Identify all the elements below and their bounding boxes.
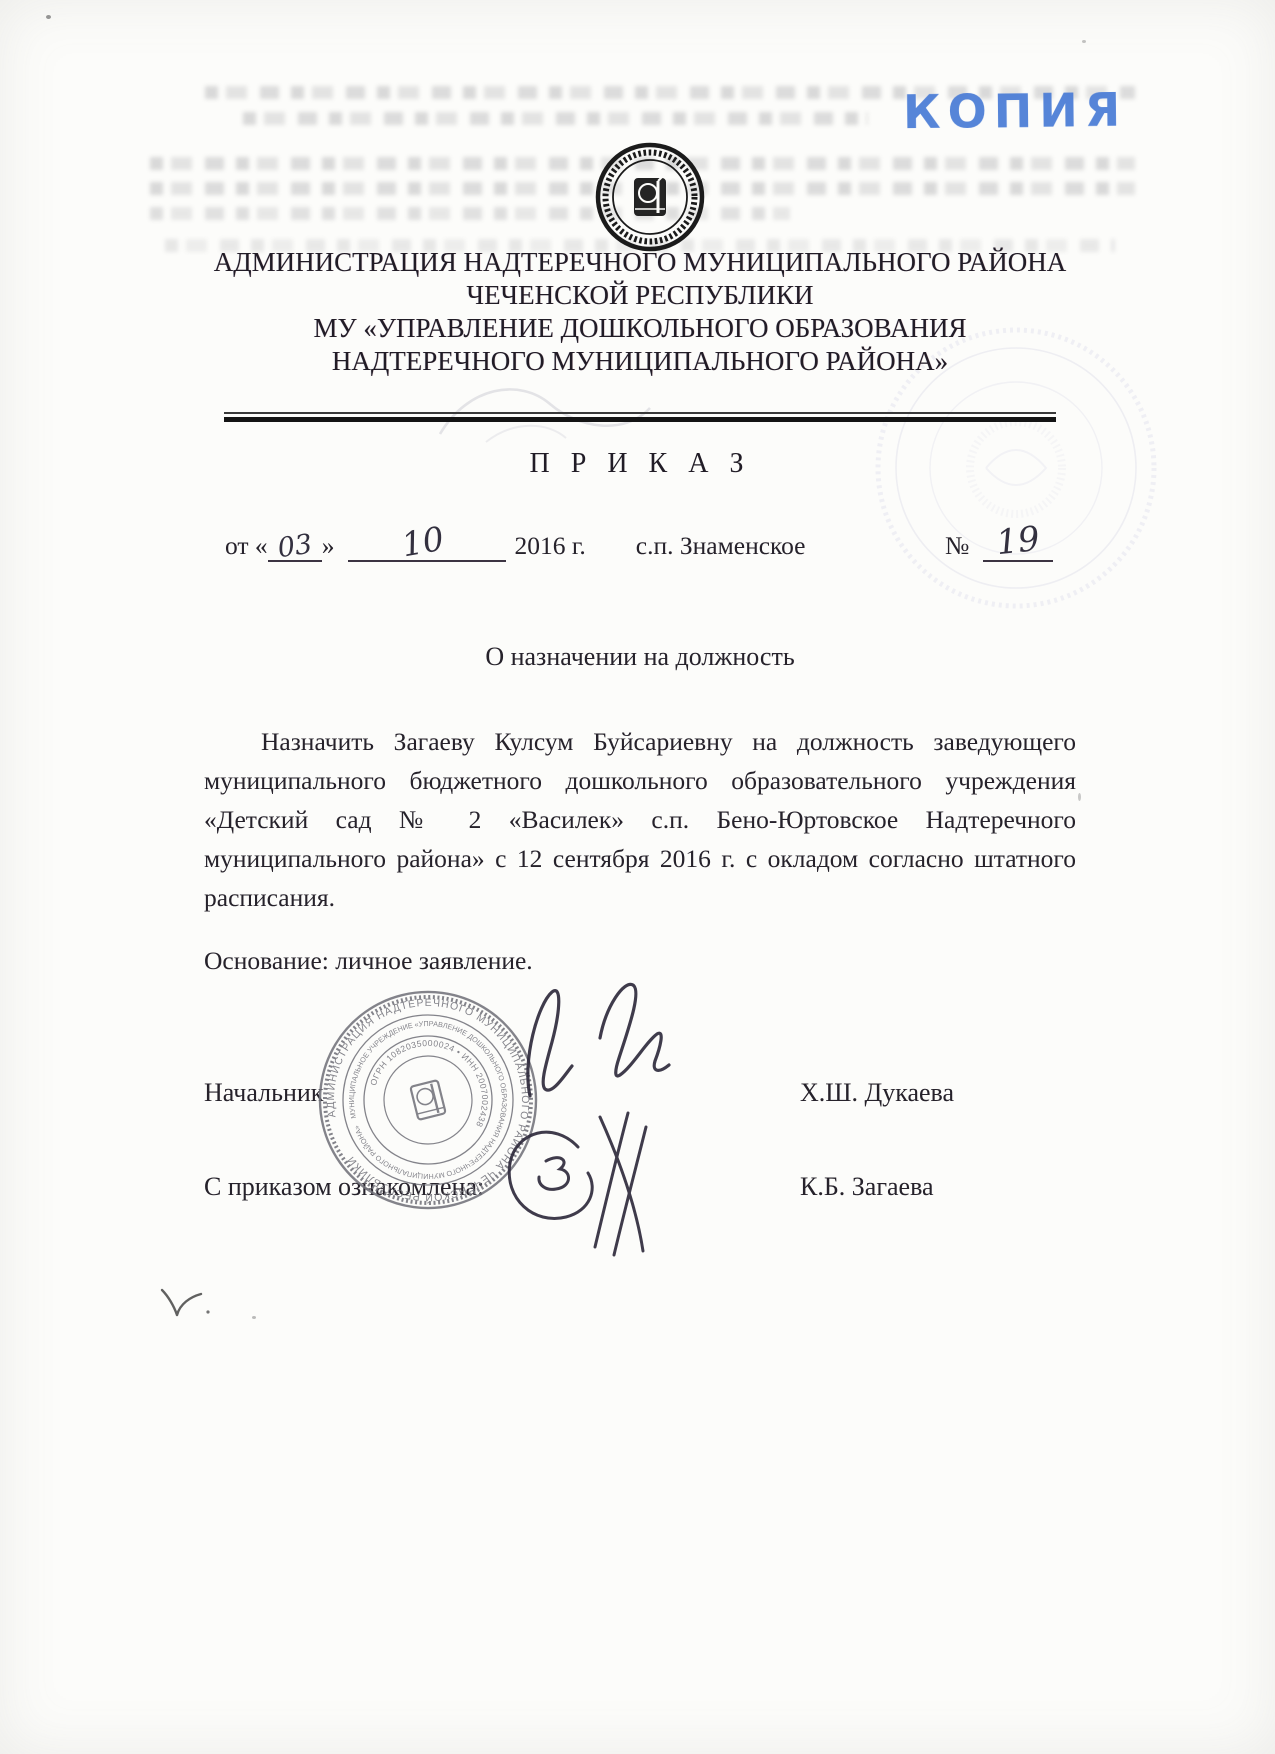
header-rule: [224, 412, 1056, 422]
date-year: 2016 г.: [514, 531, 585, 560]
handwritten-number: 19: [995, 522, 1042, 560]
bleedthrough-line: [243, 112, 868, 125]
chechen-emblem-icon: [593, 140, 707, 254]
date-close-quote: »: [322, 531, 335, 560]
header-rule-thick: [224, 417, 1056, 422]
pen-mark: [158, 1282, 218, 1328]
signature-name-chief: Х.Ш. Дукаева: [800, 1078, 954, 1108]
letterhead-line-3: МУ «УПРАВЛЕНИЕ ДОШКОЛЬНОГО ОБРАЗОВАНИЯ: [110, 312, 1170, 345]
body-paragraph: Назначить Загаеву Кулсум Буйсариевну на …: [204, 722, 1076, 917]
subject-line: О назначении на должность: [110, 642, 1170, 672]
signature-chief: [500, 968, 710, 1128]
handwritten-month: 10: [400, 522, 447, 562]
scanned-order-page: КОПИЯ АДМИНИСТ: [0, 0, 1275, 1754]
date-place: с.п. Знаменское: [636, 531, 806, 560]
scan-speck: [252, 1316, 256, 1319]
date-line: от «03»102016 г.с.п. Знаменское №19: [225, 530, 1075, 586]
copy-stamp: КОПИЯ: [903, 83, 1128, 139]
letterhead-line-4: НАДТЕРЕЧНОГО МУНИЦИПАЛЬНОГО РАЙОНА»: [110, 345, 1170, 378]
scan-speck: [1078, 793, 1081, 801]
scan-speck: [46, 15, 51, 19]
signature-name-acquainted: К.Б. Загаева: [800, 1172, 934, 1202]
letterhead: АДМИНИСТРАЦИЯ НАДТЕРЕЧНОГО МУНИЦИПАЛЬНОГ…: [110, 246, 1170, 378]
number-blank: 19: [983, 530, 1053, 562]
date-month-blank: 10: [348, 530, 506, 562]
signature-acquainted: [478, 1105, 708, 1260]
doc-title: П Р И К А З: [110, 448, 1170, 480]
date-day-blank: 03: [268, 530, 322, 562]
date-prefix: от «: [225, 531, 268, 560]
order-number-group: №19: [945, 530, 1053, 562]
number-sign: №: [945, 531, 969, 560]
letterhead-line-2: ЧЕЧЕНСКОЙ РЕСПУБЛИКИ: [110, 279, 1170, 312]
handwritten-day: 03: [276, 531, 314, 563]
scan-speck: [1082, 40, 1086, 43]
